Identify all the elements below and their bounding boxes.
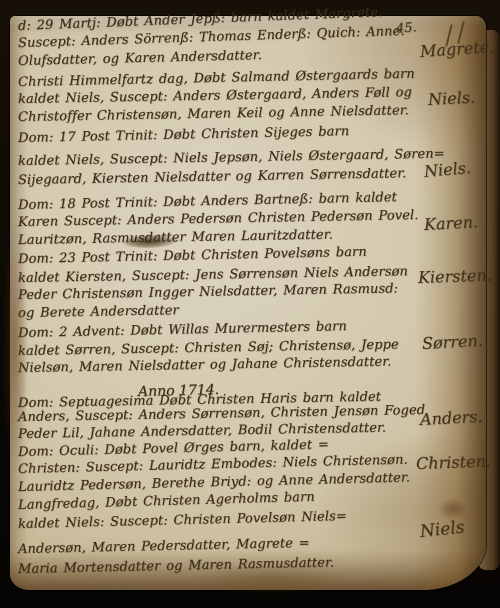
manuscript-line: Dom: 23 Post Trinit: Døbt Christen Povel… [18, 246, 367, 267]
margin-name: Karen. [424, 212, 479, 234]
manuscript-line: Sijegaard, Kiersten Nielsdatter og Karre… [18, 167, 407, 188]
manuscript-line: Langfredag, Døbt Christen Agerholms barn [18, 491, 315, 513]
margin-name: Anders. [420, 407, 483, 429]
scanned-register-photo: d: 29 Martj: Døbt Ander Jepß: barn kalde… [0, 0, 500, 608]
page-number: 45. [396, 20, 418, 36]
manuscript-line: Dom: 17 Post Trinit: Døbt Christen Sijeg… [18, 125, 350, 146]
manuscript-line: Nielsøn, Maren Nielsdatter og Jahane Chr… [18, 355, 392, 376]
manuscript-page: d: 29 Martj: Døbt Ander Jepß: barn kalde… [10, 16, 486, 590]
manuscript-line: og Berete Andersdatter [18, 304, 179, 321]
manuscript-line: kaldet Niels: Suscept: Christen Povelsøn… [18, 510, 347, 532]
margin-name: Niels. [423, 158, 471, 181]
manuscript-line: Christoffer Christensøn, Maren Keil og A… [18, 104, 409, 125]
margin-name: Magrete. [419, 37, 494, 61]
margin-name: Niels [419, 517, 465, 542]
manuscript-line: Maria Mortensdatter og Maren Rasmusdatte… [18, 556, 334, 577]
manuscript-line: Dom: 2 Advent: Døbt Willas Murermesters … [18, 320, 347, 341]
manuscript-line: Olufsdatter, og Karen Andersdatter. [18, 49, 262, 69]
margin-name: Kiersten. [418, 265, 492, 287]
manuscript-line: Peder Lil, Jahane Andersdatter, Bodil Ch… [18, 422, 386, 442]
margin-name: Sørren. [422, 331, 484, 353]
manuscript-line: Andersøn, Maren Pedersdatter, Magrete = [18, 537, 310, 557]
manuscript-line: Karen Suscept: Anders Pedersøn Christen … [18, 209, 419, 230]
margin-name: Christen. [416, 451, 491, 473]
manuscript-line: Peder Christensøn Ingger Nielsdatter, Ma… [18, 282, 398, 303]
margin-name: Niels. [428, 88, 476, 109]
